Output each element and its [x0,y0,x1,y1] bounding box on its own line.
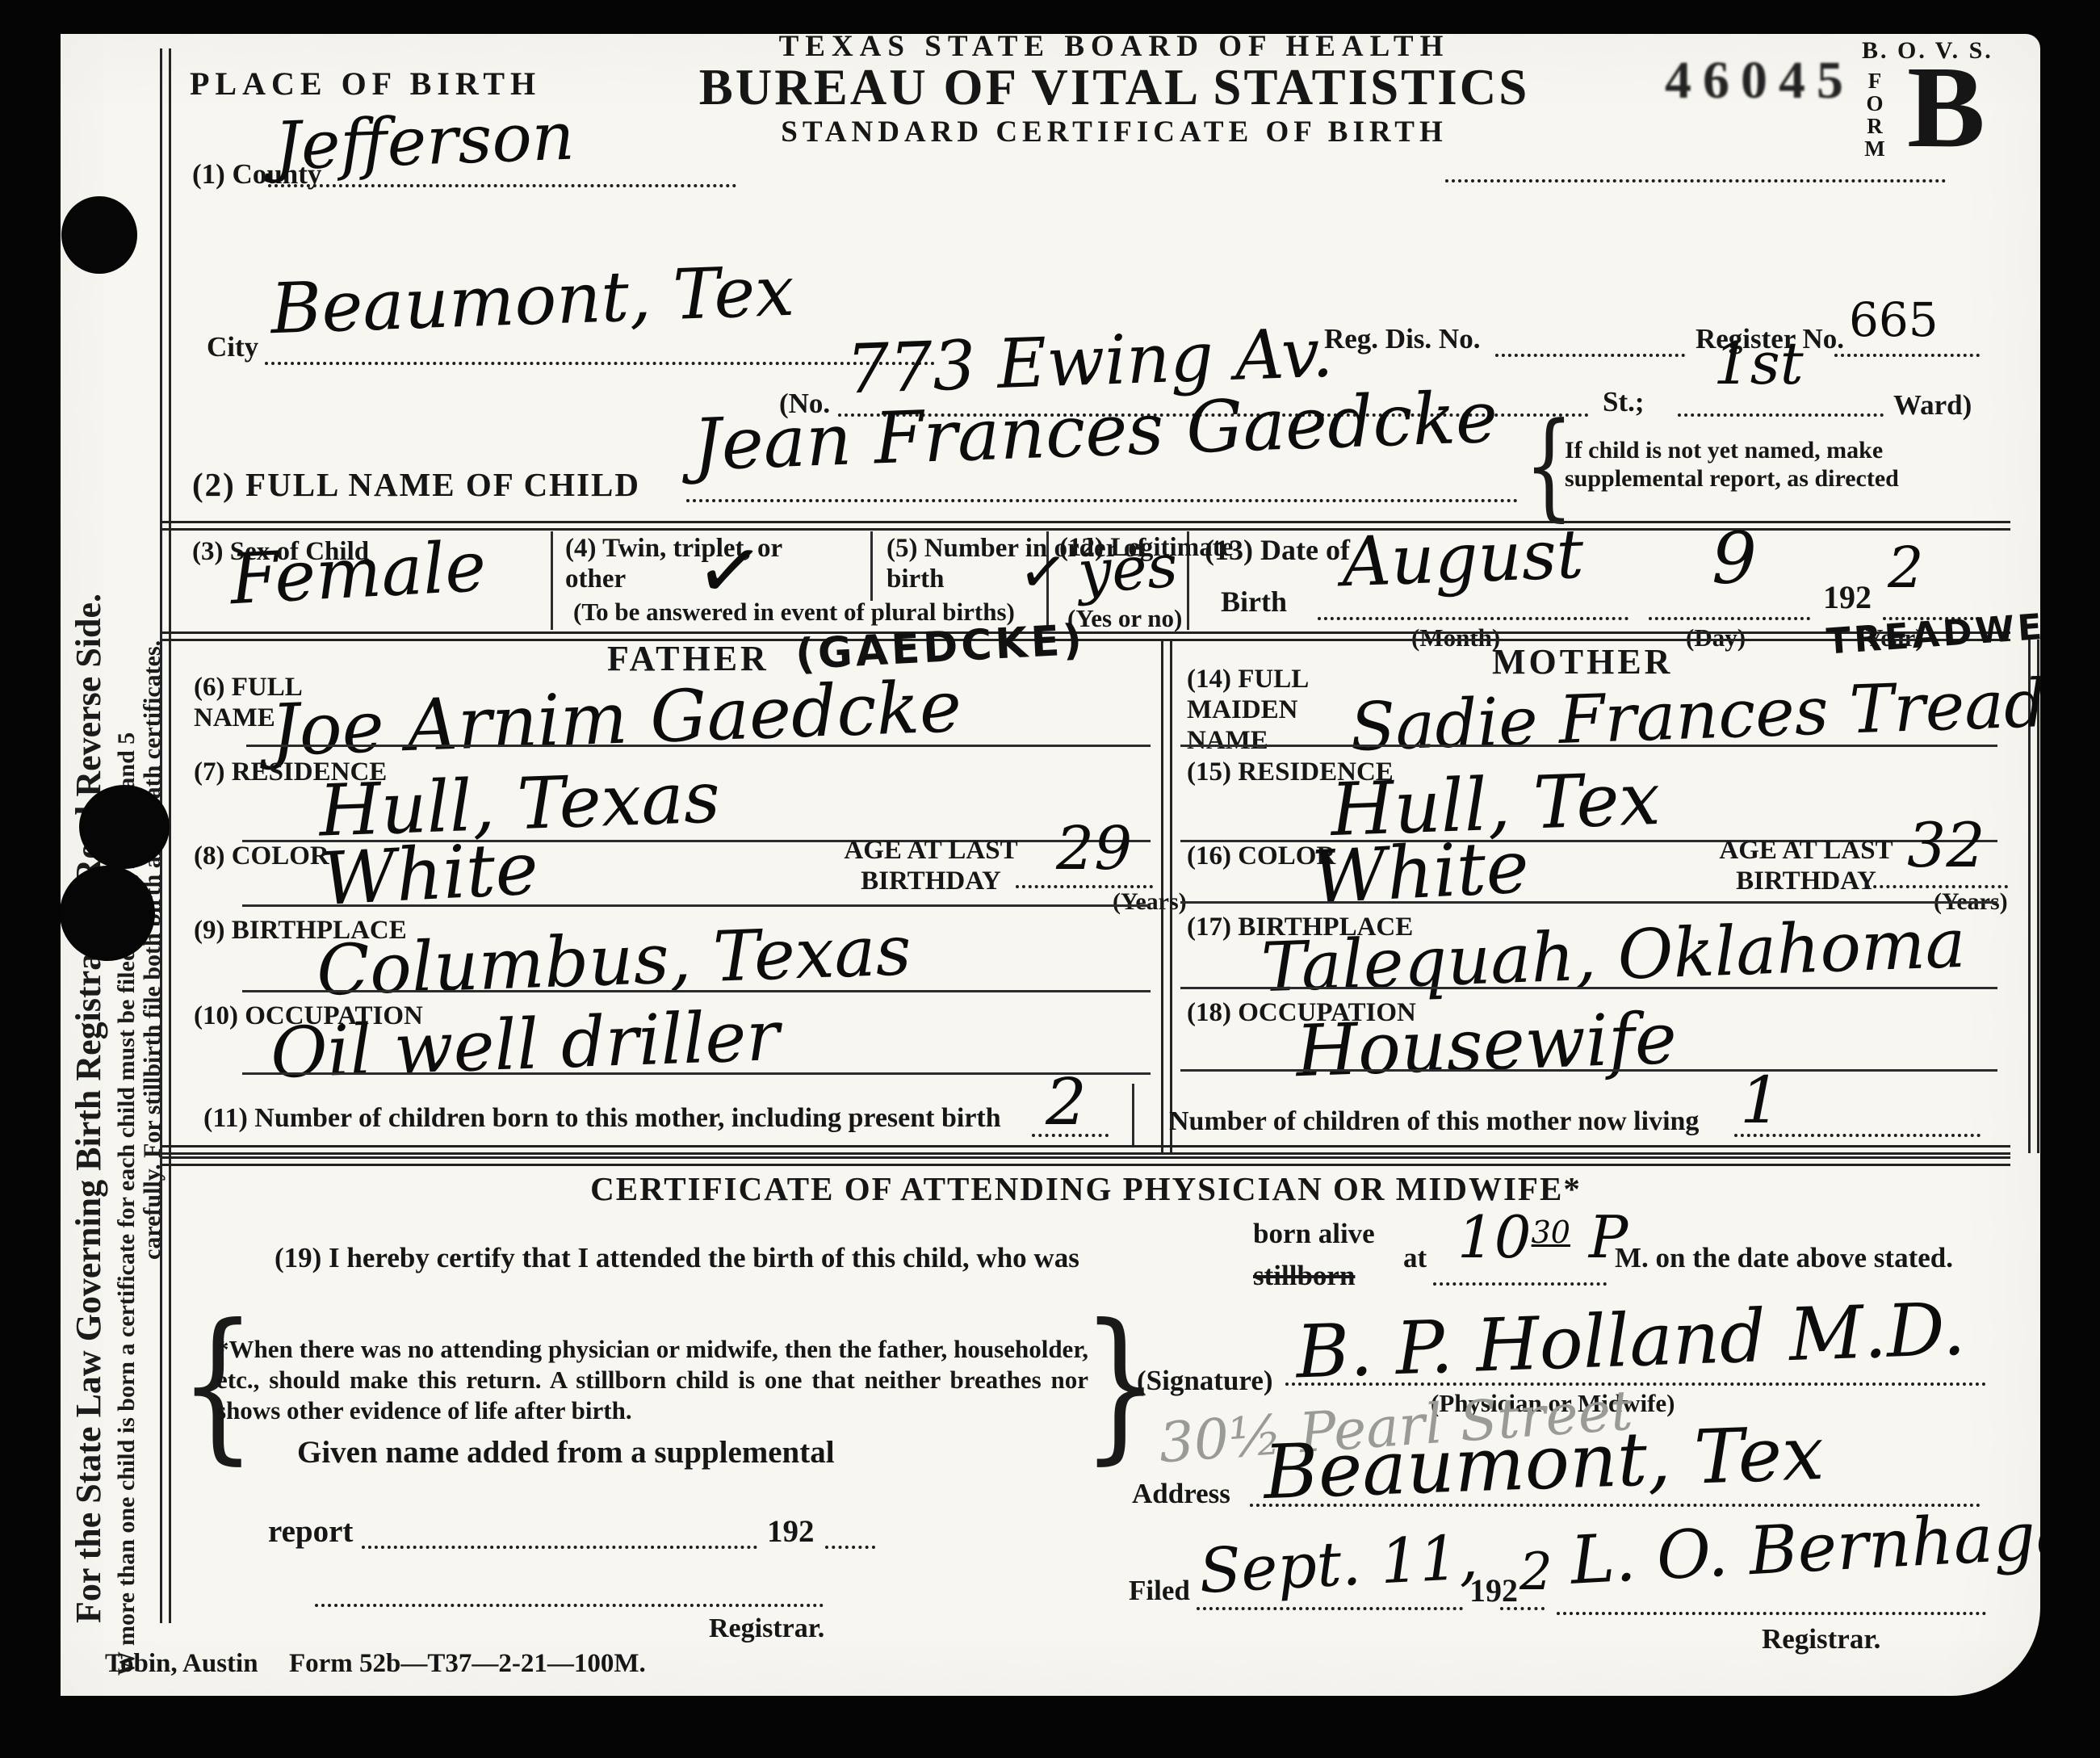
father-age-label: AGE AT LAST BIRTHDAY [814,835,1048,896]
address-label: Address [1132,1478,1230,1510]
born-alive-option: born alive [1253,1218,1375,1250]
ward-label: Ward) [1893,389,1972,422]
report-blank-line [362,1546,757,1549]
birth-word-label: Birth [1221,585,1287,619]
form-vertical-label: FORM [1862,69,1888,160]
filed-year-prefix: 192 [1469,1571,1518,1609]
child-name-label: (2) FULL NAME OF CHILD [192,465,640,504]
filed-label: Filed [1129,1575,1190,1607]
date-of-label: (13) Date of [1205,533,1350,567]
county-blank-line [268,184,736,187]
father-color-line [242,904,1151,907]
scanned-birth-certificate: For the State Law Governing Birth Regist… [0,0,2100,1758]
signature-label: (Signature) [1137,1365,1273,1397]
at-label: at [1403,1242,1427,1274]
ward-value: 1st [1713,329,1804,397]
certificate-number-stamp: 46045 [1665,50,1855,111]
mother-age-value: 32 [1907,809,1985,881]
scan-border-left [0,0,61,1758]
children-born-value: 2 [1046,1064,1087,1139]
physician-section-title: CERTIFICATE OF ATTENDING PHYSICIAN OR MI… [565,1169,1607,1208]
punch-hole [60,866,155,961]
children-born-label: (11) Number of children born to this mot… [203,1103,1001,1134]
father-birthplace-line [242,990,1151,992]
st-label: St.; [1603,386,1645,418]
place-of-birth-label: PLACE OF BIRTH [190,65,541,103]
supplemental-name-line: Given name added from a supplemental [297,1434,835,1471]
child-name-blank-line [686,499,1518,502]
mother-occupation-line [1180,1069,1997,1072]
scan-border-top [0,0,2100,34]
report-year-label: 192 [767,1513,815,1550]
column-divider [870,531,873,601]
punch-hole [79,785,170,869]
top-right-blank-line [1445,179,1946,183]
birth-year-value: 2 [1888,535,1924,601]
filed-year-blank-line [1500,1607,1545,1610]
stillborn-option-struck: stillborn [1253,1260,1355,1292]
signature-blank-line [1285,1382,1986,1386]
section-rule [161,1145,2010,1155]
mother-color-value: White [1310,824,1531,921]
scan-border-bottom [0,1696,2100,1758]
time-hour: 10 [1457,1203,1532,1271]
mother-occupation-value: Housewife [1294,996,1678,1093]
birth-month-value: August [1340,514,1585,602]
certify-statement-suffix: M. on the date above stated. [1615,1242,1953,1274]
legitimate-note: (Yes or no) [1067,604,1182,633]
father-color-value: White [319,826,540,922]
certify-statement: (19) I hereby certify that I attended th… [275,1242,1079,1274]
registrar-signature-blank-line [1557,1612,1986,1615]
time-blank-line [1433,1282,1607,1286]
left-registrar-label: Registrar. [709,1613,824,1644]
father-occupation-line [242,1072,1151,1075]
month-blank-line [1318,617,1628,620]
mother-name-label: (14) FULL MAIDEN NAME [1187,664,1348,756]
sex-value: Female [228,527,488,620]
child-note: If child is not yet named, make suppleme… [1565,436,2001,493]
city-label: City [207,331,258,363]
year-prefix: 192 [1823,578,1872,616]
printer-credit: Tobin, Austin [105,1649,258,1679]
mother-name-line [1180,745,1997,747]
sidebar-note-stillbirth: carefully. For stillbirth file both birt… [139,640,166,1260]
report-label: report [268,1513,353,1550]
punch-hole [61,196,137,274]
bureau-title: BUREAU OF VITAL STATISTICS [565,58,1663,117]
legitimate-value: yes [1075,531,1180,607]
father-age-value: 29 [1056,814,1132,883]
right-registrar-label: Registrar. [1762,1623,1880,1655]
register-no-blank-line [1834,354,1980,357]
father-age-note: (Years) [1113,888,1187,916]
certificate-title: STANDARD CERTIFICATE OF BIRTH [565,115,1663,149]
time-minutes: 30 [1532,1215,1570,1250]
form-info: Form 52b—T37—2-21—100M. [289,1649,646,1679]
scan-border-right [2041,0,2100,1758]
filed-year-value: 2 [1519,1542,1553,1602]
day-blank-line [1649,617,1810,620]
column-divider [551,531,553,630]
filed-date-value: Sept. 11, [1197,1521,1480,1607]
register-no-value: 665 [1849,292,1939,347]
children-living-blank-line [1734,1134,1981,1137]
father-name-line [246,745,1151,747]
city-blank-line [265,362,935,365]
children-born-blank-line [1032,1134,1109,1137]
birth-time-value: 1030 P [1457,1203,1628,1271]
children-living-value: 1 [1740,1063,1781,1138]
children-living-label: Number of children of this mother now li… [1169,1106,1699,1137]
section-rule [161,631,2010,641]
mother-color-line [1180,901,1997,904]
ward-blank-line [1678,413,1884,417]
form-letter-b: B [1907,40,1985,174]
children-row-divider [1132,1084,1134,1147]
birth-day-value: 9 [1712,517,1757,600]
section-rule [161,1156,2010,1166]
mother-header: MOTHER [1492,641,1673,682]
father-color-label: (8) COLOR [194,841,329,871]
report-year-blank-line [825,1546,875,1549]
footnote-text: *When there was no attending physician o… [216,1334,1088,1426]
sidebar-note-reverse-side: For the State Law Governing Birth Regist… [68,594,109,1623]
reg-dis-label: Reg. Dis. No. [1324,323,1480,355]
left-registrar-blank-line [315,1604,824,1607]
reg-dis-blank-line [1495,354,1685,357]
mother-birthplace-line [1180,987,1997,989]
county-value: Jefferson [273,99,576,186]
filed-blank-line [1197,1607,1463,1610]
